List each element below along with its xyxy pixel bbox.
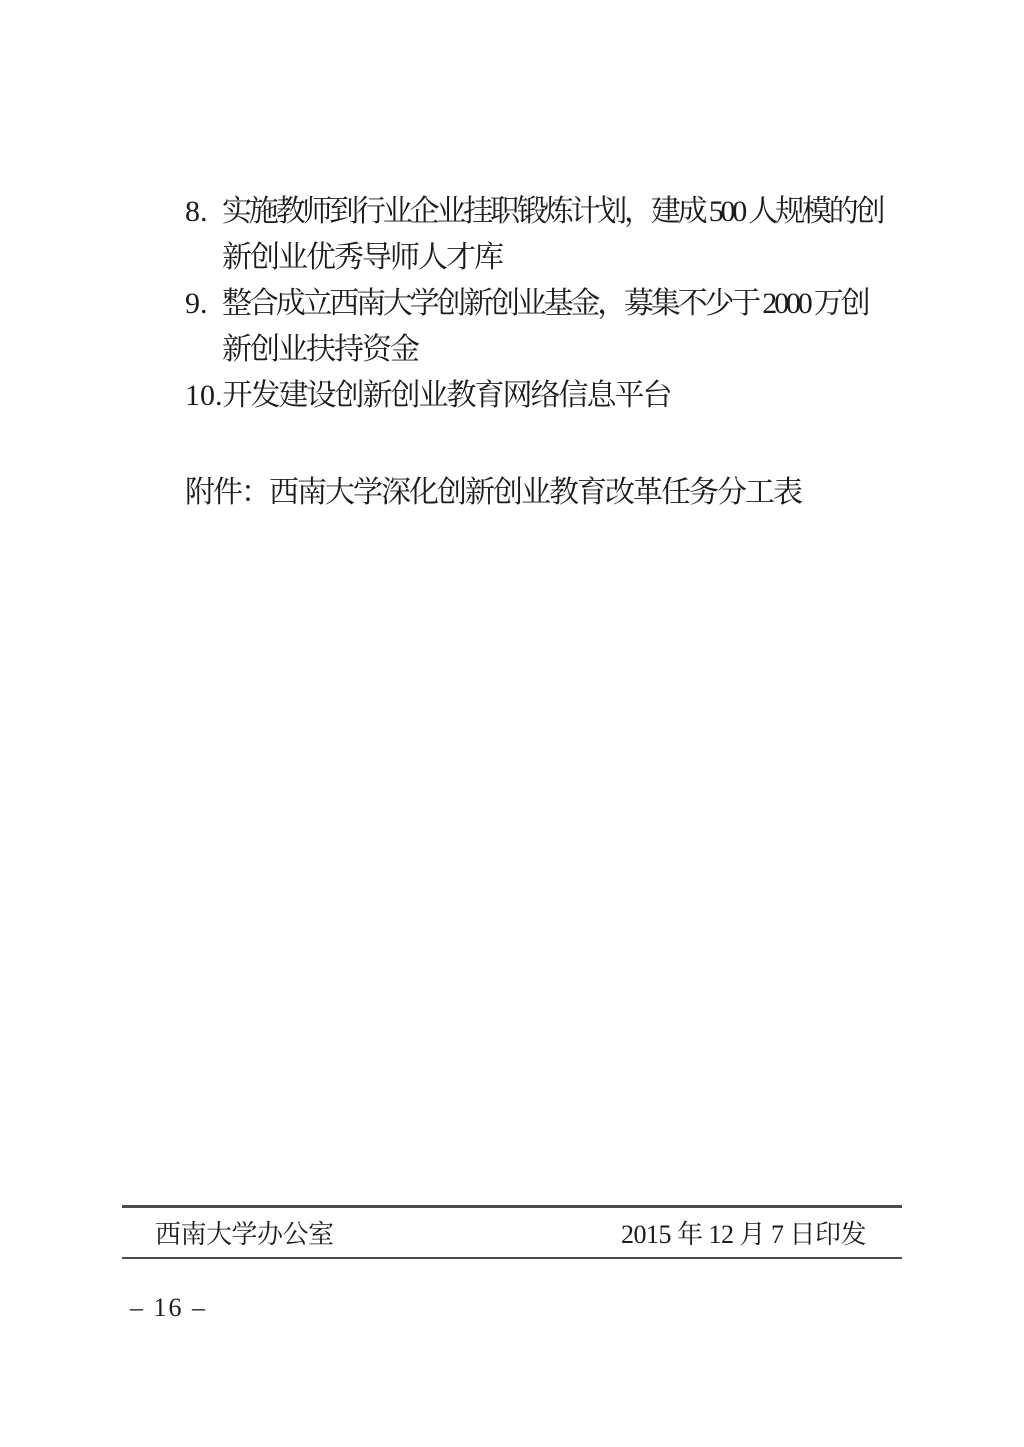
list-item-9: 9. 整合成立西南大学创新创业基金，募集不少于 2000 万创 新创业扶持资金 (185, 281, 900, 373)
attachment-line: 附件：西南大学深化创新创业教育改革任务分工表 (185, 470, 801, 516)
item-text-line: 实施教师到行业企业挂职锻炼计划，建成 500 人规模的创 (222, 189, 900, 235)
document-page: { "list": { "items": [ { "number": "8.",… (0, 0, 1024, 1447)
item-text: 整合成立西南大学创新创业基金，募集不少于 2000 万创 新创业扶持资金 (222, 281, 900, 373)
item-number: 8. (185, 189, 222, 235)
page-number: – 16 – (130, 1293, 207, 1323)
numbered-list: 8. 实施教师到行业企业挂职锻炼计划，建成 500 人规模的创 新创业优秀导师人… (185, 189, 900, 419)
footer-issuer: 西南大学办公室 (155, 1214, 334, 1251)
item-text: 实施教师到行业企业挂职锻炼计划，建成 500 人规模的创 新创业优秀导师人才库 (222, 189, 900, 281)
list-item-8: 8. 实施教师到行业企业挂职锻炼计划，建成 500 人规模的创 新创业优秀导师人… (185, 189, 900, 281)
footer-print-date: 2015 年 12 月 7 日印发 (621, 1214, 866, 1251)
item-text-line: 开发建设创新创业教育网络信息平台 (223, 373, 901, 419)
footer-rule-bottom (122, 1257, 902, 1259)
item-text-line: 新创业优秀导师人才库 (222, 235, 900, 281)
item-number: 10. (185, 373, 223, 419)
footer-row: 西南大学办公室 2015 年 12 月 7 日印发 (122, 1208, 902, 1257)
item-text-line: 整合成立西南大学创新创业基金，募集不少于 2000 万创 (222, 281, 900, 327)
item-text-line: 新创业扶持资金 (222, 327, 900, 373)
list-item-10: 10. 开发建设创新创业教育网络信息平台 (185, 373, 900, 419)
item-text: 开发建设创新创业教育网络信息平台 (223, 373, 901, 419)
page: 8. 实施教师到行业企业挂职锻炼计划，建成 500 人规模的创 新创业优秀导师人… (0, 0, 1024, 1447)
item-number: 9. (185, 281, 222, 327)
